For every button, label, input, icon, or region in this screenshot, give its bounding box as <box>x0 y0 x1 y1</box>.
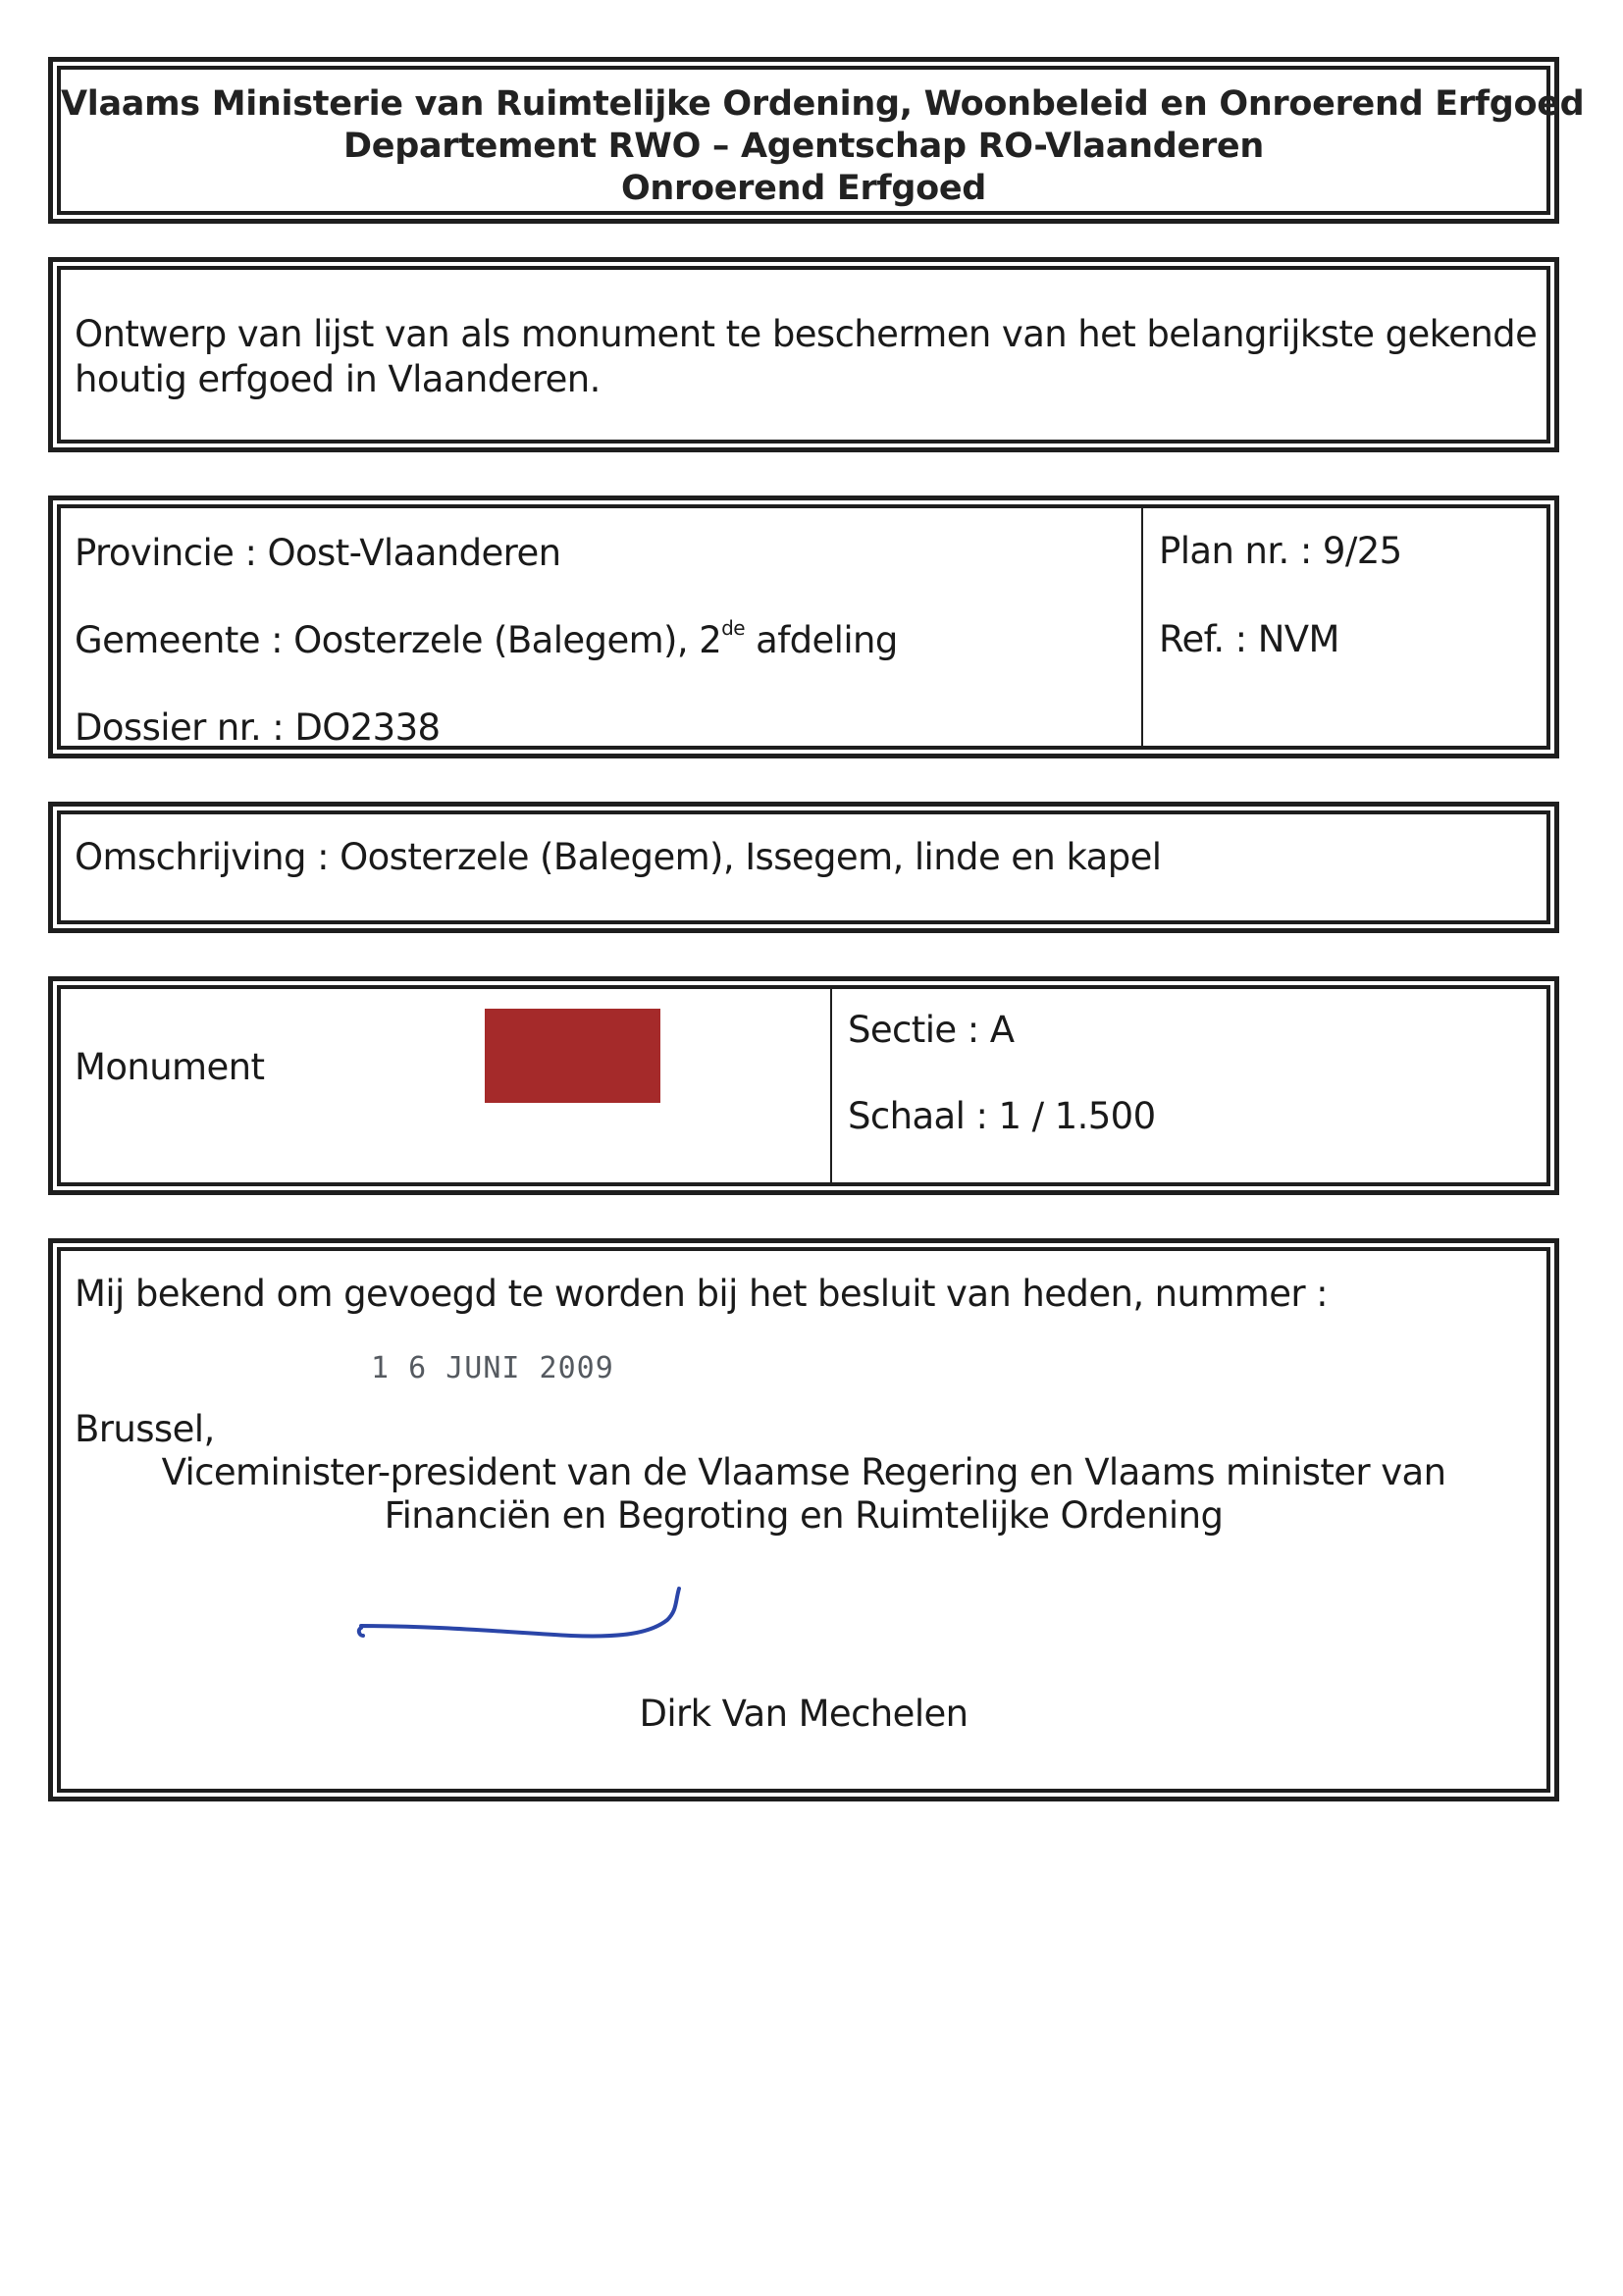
gemeente-suffix: afdeling <box>745 619 898 661</box>
gemeente-field: Gemeente : Oosterzele (Balegem), 2de afd… <box>75 619 898 661</box>
ministry-name: Vlaams Ministerie van Ruimtelijke Ordeni… <box>61 83 1546 126</box>
schaal-field: Schaal : 1 / 1.500 <box>848 1095 1156 1137</box>
provincie-field: Provincie : Oost-Vlaanderen <box>75 532 560 574</box>
gemeente-ordinal: de <box>721 616 745 640</box>
location-info-box: Provincie : Oost-Vlaanderen Gemeente : O… <box>48 496 1559 758</box>
legend-label-monument: Monument <box>75 1046 264 1088</box>
signatory-title-line2: Financiën en Begroting en Ruimtelijke Or… <box>61 1494 1546 1537</box>
signatory-title-line1: Viceminister-president van de Vlaamse Re… <box>61 1451 1546 1493</box>
description-box: Omschrijving : Oosterzele (Balegem), Iss… <box>48 802 1559 933</box>
acknowledgement-text: Mij bekend om gevoegd te worden bij het … <box>75 1273 1328 1315</box>
sectie-field: Sectie : A <box>848 1009 1014 1051</box>
document-title-box: Ontwerp van lijst van als monument te be… <box>48 257 1559 452</box>
description-text: Omschrijving : Oosterzele (Balegem), Iss… <box>75 836 1161 878</box>
signature-box: Mij bekend om gevoegd te worden bij het … <box>48 1238 1559 1801</box>
plan-number-field: Plan nr. : 9/25 <box>1159 530 1402 572</box>
agency-name: Onroerend Erfgoed <box>61 168 1546 210</box>
info-divider <box>1141 508 1143 746</box>
handwritten-signature <box>355 1585 699 1673</box>
monument-color-swatch <box>485 1009 660 1103</box>
date-stamp: 1 6 JUNI 2009 <box>371 1351 614 1385</box>
reference-field: Ref. : NVM <box>1159 618 1339 660</box>
dossier-field: Dossier nr. : DO2338 <box>75 706 441 749</box>
gemeente-text: Gemeente : Oosterzele (Balegem), 2 <box>75 619 721 661</box>
ministry-header-box: Vlaams Ministerie van Ruimtelijke Ordeni… <box>48 57 1559 224</box>
signatory-name: Dirk Van Mechelen <box>61 1693 1546 1735</box>
legend-box: Monument Sectie : A Schaal : 1 / 1.500 <box>48 976 1559 1195</box>
place-text: Brussel, <box>75 1408 215 1450</box>
department-name: Departement RWO – Agentschap RO-Vlaander… <box>61 126 1546 168</box>
legend-divider <box>830 989 832 1182</box>
document-title-line2: houtig erfgoed in Vlaanderen. <box>75 358 601 400</box>
document-title-line1: Ontwerp van lijst van als monument te be… <box>75 313 1537 355</box>
